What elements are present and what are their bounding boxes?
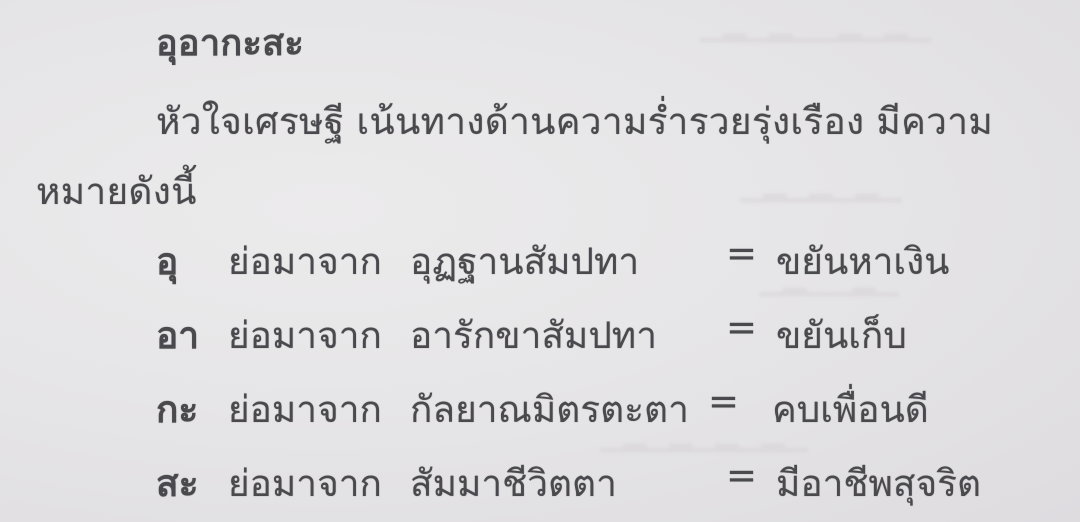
show-through-text: ▁▂▁▂▁▂▁: [740, 168, 902, 203]
abbreviation: สะ: [156, 454, 198, 513]
source-word: สัมมาชีวิตตา: [410, 454, 617, 513]
intro-paragraph-line-2: หมายดังนี้: [36, 162, 197, 221]
show-through-text: ▁▂▁▂▁▁▂▁▂▁: [700, 8, 931, 43]
from-label: ย่อมาจาก: [228, 306, 382, 365]
meaning: มีอาชีพสุจริต: [776, 454, 981, 513]
source-word: อุฏฐานสัมปทา: [410, 232, 639, 291]
equals-sign: =: [726, 306, 757, 349]
equals-sign: =: [726, 454, 757, 497]
book-page: ▁▂▁▂▁▁▂▁▂▁ ▁▂▁▂▁▂▁ ▁▂▁▁▂▁ ▁▂▁▂▁▂▁▂▁ อุอา…: [0, 0, 1080, 522]
meaning: ขยันหาเงิน: [776, 232, 949, 291]
source-word: กัลยาณมิตรตะตา: [410, 380, 689, 439]
meaning: คบเพื่อนดี: [772, 380, 929, 439]
intro-paragraph-line-1: หัวใจเศรษฐี เน้นทางด้านความร่ำรวยรุ่งเรื…: [156, 92, 993, 151]
abbreviation: อุ: [156, 232, 178, 291]
equals-sign: =: [708, 380, 739, 423]
section-title: อุอากะสะ: [156, 14, 304, 71]
abbreviation: กะ: [156, 380, 198, 439]
from-label: ย่อมาจาก: [228, 232, 382, 291]
source-word: อารักขาสัมปทา: [410, 306, 657, 365]
meaning: ขยันเก็บ: [776, 306, 907, 365]
equals-sign: =: [726, 232, 757, 275]
from-label: ย่อมาจาก: [228, 380, 382, 439]
from-label: ย่อมาจาก: [228, 454, 382, 513]
abbreviation: อา: [156, 306, 199, 365]
